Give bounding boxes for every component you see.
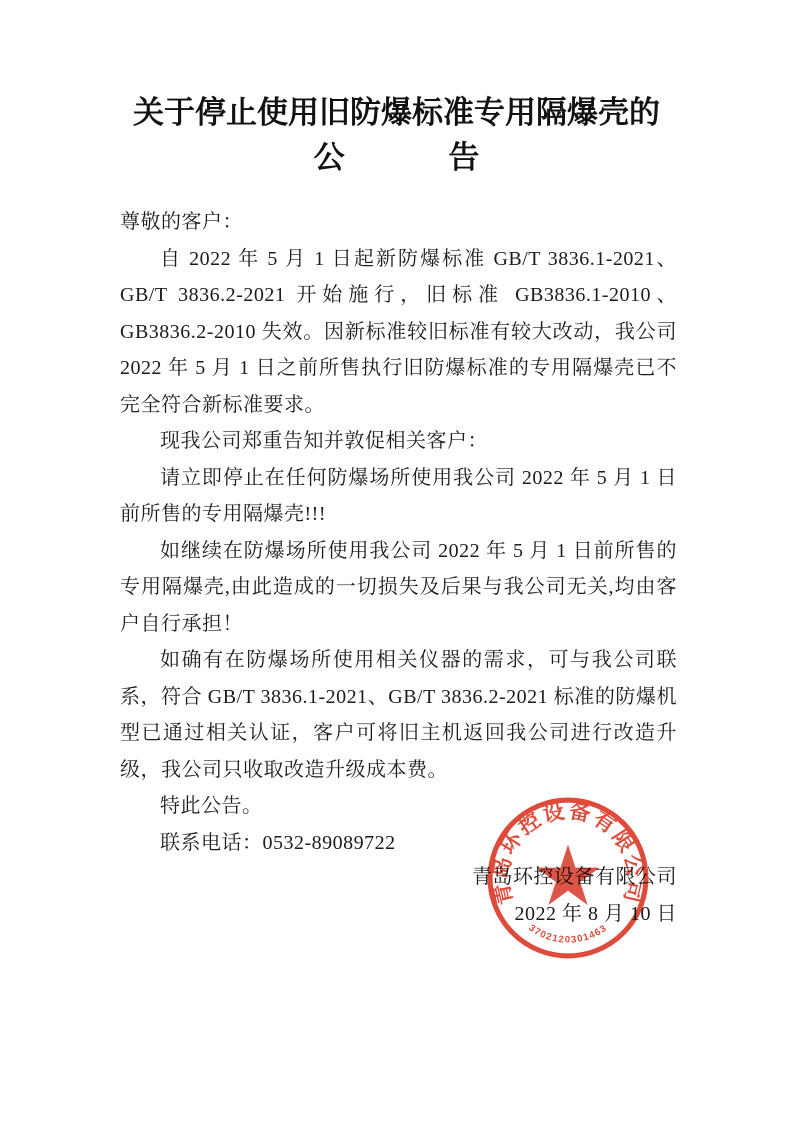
document-body: 尊敬的客户： 自 2022 年 5 月 1 日起新防爆标准 GB/T 3836.… [120, 204, 677, 861]
paragraph-stop-use: 请立即停止在任何防爆场所使用我公司 2022 年 5 月 1 日前所售的专用隔爆… [120, 460, 677, 533]
document-page: 关于停止使用旧防爆标准专用隔爆壳的 公 告 尊敬的客户： 自 2022 年 5 … [0, 0, 793, 1122]
title-line-1: 关于停止使用旧防爆标准专用隔爆壳的 [0, 90, 793, 135]
paragraph-notice-intro: 现我公司郑重告知并敦促相关客户： [120, 423, 677, 460]
document-title: 关于停止使用旧防爆标准专用隔爆壳的 公 告 [0, 90, 793, 180]
company-seal-stamp: 青岛环控设备有限公司 3702120301463 [483, 793, 653, 963]
salutation: 尊敬的客户： [120, 204, 677, 241]
paragraph-new-standard: 自 2022 年 5 月 1 日起新防爆标准 GB/T 3836.1-2021、… [120, 241, 677, 424]
seal-serial-text: 3702120301463 [526, 923, 609, 946]
paragraph-liability: 如继续在防爆场所使用我公司 2022 年 5 月 1 日前所售的专用隔爆壳,由此… [120, 533, 677, 643]
title-line-2: 公 告 [0, 135, 793, 180]
paragraph-upgrade-offer: 如确有在防爆场所使用相关仪器的需求，可与我公司联系，符合 GB/T 3836.1… [120, 642, 677, 788]
seal-star-icon [536, 845, 600, 905]
